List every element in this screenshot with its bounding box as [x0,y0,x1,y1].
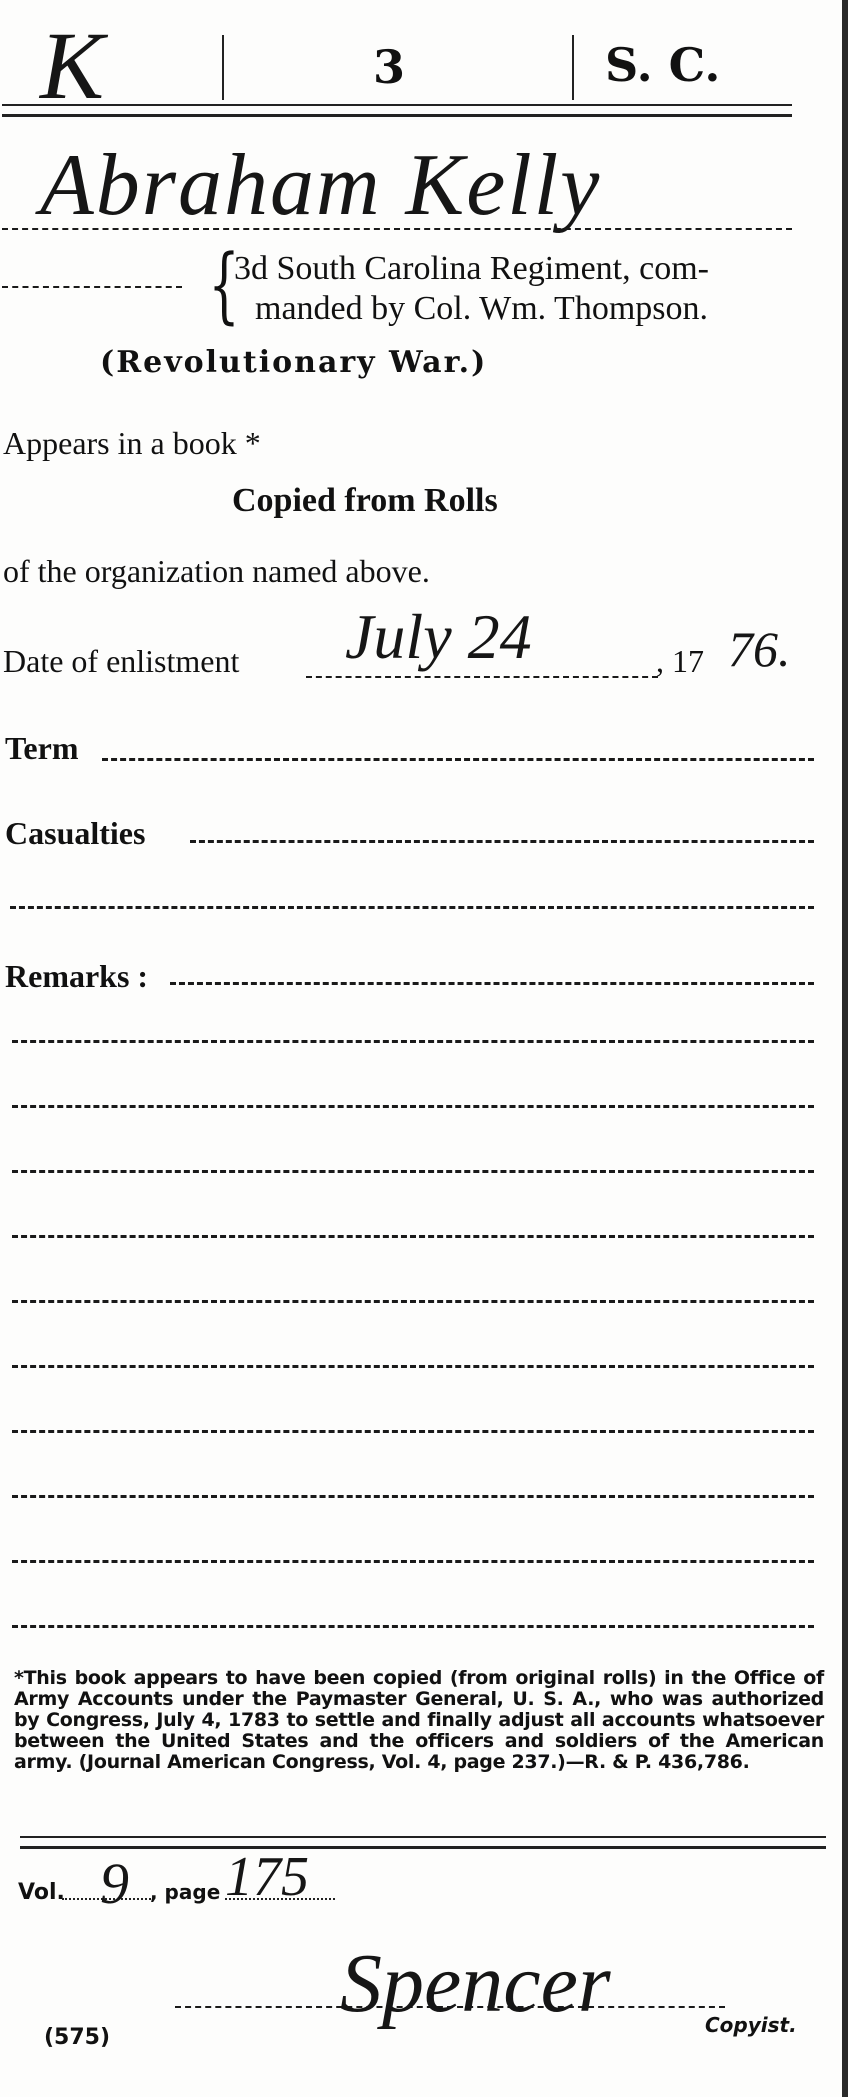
enlistment-label: Date of enlistment [3,643,239,680]
footer-rule-bottom [20,1846,826,1849]
remarks-line-6[interactable] [12,1365,814,1368]
remarks-line-3[interactable] [12,1170,814,1173]
unit-line-1: 3d South Carolina Regiment, com- [234,250,709,288]
remarks-line-7[interactable] [12,1430,814,1433]
scan-edge [842,0,848,2097]
remarks-line-0[interactable] [170,982,814,985]
page-label: , page [150,1880,220,1904]
remarks-line-5[interactable] [12,1300,814,1303]
year-suffix[interactable]: 76. [728,620,791,678]
state-abbrev: S. C. [605,38,720,92]
name-line [2,228,792,230]
header-rule-top [2,104,792,106]
remarks-line-9[interactable] [12,1560,814,1563]
remarks-line-4[interactable] [12,1235,814,1238]
enlistment-line [306,676,658,678]
header-rule-bottom [2,114,792,117]
unit-line-2: manded by Col. Wm. Thompson. [255,290,708,328]
header-divider-1 [222,35,224,100]
footer-rule-top [20,1836,826,1838]
soldier-name: Abraham Kelly [40,135,601,236]
term-label: Term [5,730,78,767]
unit-prefix-line [2,286,182,288]
term-line[interactable] [102,758,814,761]
copyist-signature: Spencer [340,1935,611,2032]
year-prefix: , 17 [656,643,704,680]
enlistment-date[interactable]: July 24 [345,600,532,674]
remarks-line-8[interactable] [12,1495,814,1498]
regiment-number: 3 [373,40,405,94]
casualties-line-1[interactable] [190,840,814,843]
page-value[interactable]: 175 [225,1845,309,1909]
copyist-label: Copyist. [705,2013,797,2037]
appears-text: Appears in a book * [3,425,261,462]
remarks-label: Remarks : [5,958,148,995]
copied-from-rolls: Copied from Rolls [232,482,498,520]
casualties-label: Casualties [5,815,145,852]
remarks-line-10[interactable] [12,1625,814,1628]
remarks-line-1[interactable] [12,1040,814,1043]
vol-value[interactable]: 9 [100,1850,129,1917]
organization-text: of the organization named above. [3,553,430,590]
war-label: (Revolutionary War.) [100,345,487,380]
header-divider-2 [572,35,574,100]
vol-label: Vol. [18,1880,65,1905]
casualties-line-2[interactable] [10,906,814,909]
footnote: *This book appears to have been copied (… [14,1668,824,1773]
form-number: (575) [44,2025,110,2050]
remarks-line-2[interactable] [12,1105,814,1108]
